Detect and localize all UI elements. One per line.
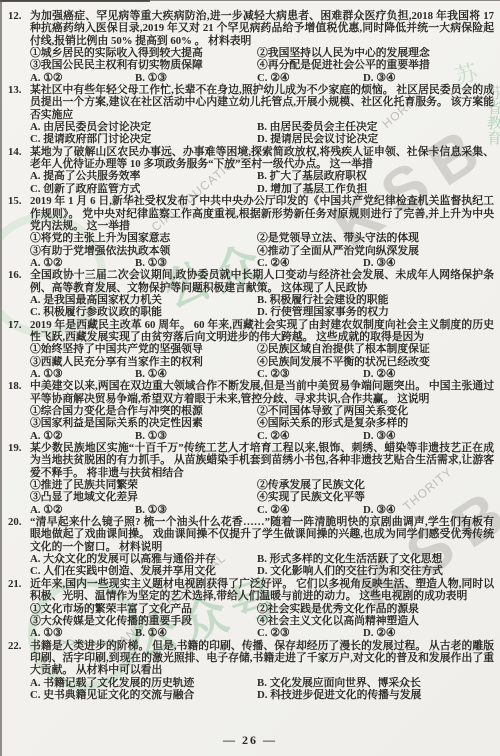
answer-choices: A. 书籍记载了文化发展的历史轨迹B. 文化发展应面向世界、博采众长C. 史书典… — [30, 677, 494, 702]
choice-A: A. ①③ — [30, 368, 135, 380]
choice-D: D. ②④ — [363, 368, 494, 380]
question-number: 21. — [8, 578, 30, 590]
question-18: 18.中美建交以来,两国在双边重大领域合作不断发展,但是当前中美贸易争端问题突出… — [8, 380, 494, 442]
question-body: 近年来,国内一些现实主义题材电视剧获得了广泛好评。 它们以多视角反映生活、塑造人… — [30, 578, 494, 640]
question-body: 全国政协十三届二次会议期间,政协委员就中长期人口变动与经济社会发展、未成年人网络… — [30, 269, 494, 318]
question-body: 某社区中有些年轻父母工作忙,长辈不在身边,照护幼儿成为不少家庭的烦恼。 社区居民… — [30, 84, 494, 146]
question-body: 某地为了破解山区农民办事远、办事难等困境,探索简政放权,将残疾人证申领、社保卡信… — [30, 146, 494, 195]
page-number: — 26 — — [223, 733, 277, 747]
question-stem: 书籍是人类进步的阶梯。 但是,书籍的印刷、传播、保存却经历了漫长的发展过程。 从… — [30, 640, 494, 677]
choice-C: C. 积极履行参政议政的职能 — [30, 306, 257, 318]
choice-C: C. 人们在实践中创造、发展并享用文化 — [30, 565, 257, 577]
choice-B: B. 形式多样的文化生活活跃了文化思想 — [257, 553, 494, 565]
question-body: 2019 年是西藏民主改革 60 周年。 60 年来,西藏社会实现了由封建农奴制… — [30, 319, 494, 381]
choice-C: C. 史书典籍见证文化的交流与融合 — [30, 689, 257, 701]
statement-4: ④社会主义文化以高尚精神塑造人 — [257, 615, 494, 627]
question-body: 某少数民族地区实施“十百千万”传统工艺人才培育工程以来,银饰、刺绣、蜡染等非遗技… — [30, 442, 494, 516]
statement-1: ①综合国力变化是合作与冲突的根源 — [30, 405, 257, 417]
choice-B: B. 由居民委员会主任决定 — [257, 121, 494, 133]
scan-edge-top-dark-segment — [0, 0, 150, 2]
choice-D: D. 提请居民会议讨论决定 — [257, 133, 494, 145]
answer-choices: A. 提高了公共服务效率B. 扩大了基层政府职权C. 创新了政府监管方式D. 增… — [30, 170, 494, 195]
statement-3: ③凸显了地域文化差异 — [30, 491, 257, 503]
numbered-statements: ①城乡居民的实际收入得到较大提高②我国坚持以人民为中心的发展理念③我国公民民主权… — [30, 47, 494, 72]
choice-B: B. 文化发展应面向世界、博采众长 — [257, 677, 494, 689]
answer-choices: A. 是我国最高国家权力机关B. 积极履行社会建设的职能C. 积极履行参政议政的… — [30, 294, 494, 319]
choice-B: B. ①③ — [135, 72, 257, 84]
question-stem: 为加强癌症、罕见病等重大疾病防治,进一步减轻大病患者、困难群众医疗负担,2018… — [30, 10, 494, 47]
numbered-statements: ①将党的主张上升为国家意志②是党领导立法、带头守法的体现③有助于党增强依法执政本… — [30, 232, 494, 257]
question-14: 14.某地为了破解山区农民办事远、办事难等困境,探索简政放权,将残疾人证申领、社… — [8, 146, 494, 195]
choice-C: C. ②④ — [257, 504, 363, 516]
statement-1: ①推进了民族共同繁荣 — [30, 479, 257, 491]
question-stem: 某地为了破解山区农民办事远、办事难等困境,探索简政放权,将残疾人证申领、社保卡信… — [30, 146, 494, 171]
statement-2: ②社会实践是优秀文化作品的源泉 — [257, 603, 494, 615]
statement-4: ④再分配是促进社会公平的重要举措 — [257, 59, 494, 71]
statement-4: ④实现了民族文化平等 — [257, 491, 494, 503]
choice-D: D. ③④ — [363, 430, 494, 442]
statement-2: ②不同国体导致了两国关系变化 — [257, 405, 494, 417]
answer-choices: A. ①③B. ①④C. ②③D. ②④ — [30, 368, 494, 380]
answer-choices: A. ①②B. ①③C. ②④D. ③④ — [30, 504, 494, 516]
statement-2: ②民族区域自治提供了根本制度保证 — [257, 343, 494, 355]
question-stem: 2019 年 1 月 6 日,新华社受权发布了中共中央办公厅印发的《中国共产党纪… — [30, 195, 494, 232]
answer-choices: A. ①②B. ①③C. ②④D. ③④ — [30, 430, 494, 442]
question-stem: 某社区中有些年轻父母工作忙,长辈不在身边,照护幼儿成为不少家庭的烦恼。 社区居民… — [30, 84, 494, 121]
choice-B: B. ①④ — [135, 368, 257, 380]
statement-1: ①城乡居民的实际收入得到较大提高 — [30, 47, 257, 59]
choice-D: D. ③④ — [363, 504, 494, 516]
answer-choices: A. ①②B. ①③C. ②④D. ③④ — [30, 257, 494, 269]
question-number: 20. — [8, 516, 30, 528]
choice-C: C. ②④ — [257, 257, 363, 269]
question-19: 19.某少数民族地区实施“十百千万”传统工艺人才培育工程以来,银饰、刺绣、蜡染等… — [8, 442, 494, 516]
choice-A: A. ①② — [30, 504, 135, 516]
question-15: 15.2019 年 1 月 6 日,新华社受权发布了中共中央办公厅印发的《中国共… — [8, 195, 494, 269]
choice-D: D. ②④ — [363, 627, 494, 639]
choice-A: A. 书籍记载了文化发展的历史轨迹 — [30, 677, 257, 689]
choice-D: D. 增加了基层工作负担 — [257, 183, 494, 195]
choice-B: B. ①④ — [135, 627, 257, 639]
question-stem: 全国政协十三届二次会议期间,政协委员就中长期人口变动与经济社会发展、未成年人网络… — [30, 269, 494, 294]
choice-D: D. 文化影响人们的交往行为和交往方式 — [257, 565, 494, 577]
choice-D: D. 科技进步促进文化的传播与发展 — [257, 689, 494, 701]
choice-B: B. ①③ — [135, 257, 257, 269]
question-body: 中美建交以来,两国在双边重大领域合作不断发展,但是当前中美贸易争端问题突出。 中… — [30, 380, 494, 442]
answer-choices: A. 大众文化的发展可以高雅与通俗并存B. 形式多样的文化生活活跃了文化思想C.… — [30, 553, 494, 578]
question-number: 12. — [8, 10, 30, 22]
choice-D: D. 行使管理国家事务的权力 — [257, 306, 494, 318]
statement-4: ④民族间发展不平衡的状况已经改变 — [257, 356, 494, 368]
question-17: 17.2019 年是西藏民主改革 60 周年。 60 年来,西藏社会实现了由封建… — [8, 319, 494, 381]
answer-choices: A. ①②B. ①③C. ②④D. ③④ — [30, 72, 494, 84]
question-body: 2019 年 1 月 6 日,新华社受权发布了中共中央办公厅印发的《中国共产党纪… — [30, 195, 494, 269]
statement-2: ②传承发展了民族文化 — [257, 479, 494, 491]
choice-D: D. ③④ — [363, 72, 494, 84]
statement-4: ④推动了全面从严治党向纵深发展 — [257, 245, 494, 257]
question-body: “清早起来什么镜子照? 梳一个油头什么花香……”随着一阵清脆明快的京剧曲调声,学… — [30, 516, 494, 578]
question-stem: 某少数民族地区实施“十百千万”传统工艺人才培育工程以来,银饰、刺绣、蜡染等非遗技… — [30, 442, 494, 479]
answer-choices: A. ①③B. ①④C. ②③D. ②④ — [30, 627, 494, 639]
statement-1: ①文化市场的繁荣丰富了文化产品 — [30, 603, 257, 615]
question-22: 22.书籍是人类进步的阶梯。 但是,书籍的印刷、传播、保存却经历了漫长的发展过程… — [8, 640, 494, 702]
choice-C: C. 创新了政府监管方式 — [30, 183, 257, 195]
choice-A: A. ①② — [30, 257, 135, 269]
statement-2: ②是党领导立法、带头守法的体现 — [257, 232, 494, 244]
question-20: 20.“清早起来什么镜子照? 梳一个油头什么花香……”随着一阵清脆明快的京剧曲调… — [8, 516, 494, 578]
question-stem: 近年来,国内一些现实主义题材电视剧获得了广泛好评。 它们以多视角反映生活、塑造人… — [30, 578, 494, 603]
choice-C: C. ②④ — [257, 72, 363, 84]
scanned-exam-page: KSB KSB HORITY CIAL EDUCATIONAL THORITY … — [0, 0, 500, 756]
questions-list: 12.为加强癌症、罕见病等重大疾病防治,进一步减轻大病患者、困难群众医疗负担,2… — [8, 10, 494, 701]
statement-1: ①将党的主张上升为国家意志 — [30, 232, 257, 244]
statement-3: ③有助于党增强依法执政本领 — [30, 245, 257, 257]
question-21: 21.近年来,国内一些现实主义题材电视剧获得了广泛好评。 它们以多视角反映生活、… — [8, 578, 494, 640]
statement-2: ②我国坚持以人民为中心的发展理念 — [257, 47, 494, 59]
question-number: 17. — [8, 319, 30, 331]
question-number: 13. — [8, 84, 30, 96]
choice-A: A. 由居民委员会讨论决定 — [30, 121, 257, 133]
numbered-statements: ①综合国力变化是合作与冲突的根源②不同国体导致了两国关系变化③国家利益是国际关系… — [30, 405, 494, 430]
statement-4: ④国际关系的形式是复杂多样的 — [257, 417, 494, 429]
scan-edge-left — [0, 0, 2, 756]
choice-A: A. 是我国最高国家权力机关 — [30, 294, 257, 306]
question-number: 18. — [8, 380, 30, 392]
page-footer: — 26 — — [0, 733, 500, 748]
choice-B: B. ①③ — [135, 504, 257, 516]
question-body: 书籍是人类进步的阶梯。 但是,书籍的印刷、传播、保存却经历了漫长的发展过程。 从… — [30, 640, 494, 702]
question-number: 22. — [8, 640, 30, 652]
answer-choices: A. 由居民委员会讨论决定B. 由居民委员会主任决定C. 提请政府部门讨论决定D… — [30, 121, 494, 146]
choice-C: C. ②④ — [257, 430, 363, 442]
choice-D: D. ③④ — [363, 257, 494, 269]
question-number: 16. — [8, 269, 30, 281]
question-16: 16.全国政协十三届二次会议期间,政协委员就中长期人口变动与经济社会发展、未成年… — [8, 269, 494, 318]
statement-3: ③我国公民民主权利有切实物质保障 — [30, 59, 257, 71]
question-number: 15. — [8, 195, 30, 207]
choice-A: A. 大众文化的发展可以高雅与通俗并存 — [30, 553, 257, 565]
numbered-statements: ①始终坚持了中国共产党的坚强领导②民族区域自治提供了根本制度保证③西藏人民充分享… — [30, 343, 494, 368]
question-number: 19. — [8, 442, 30, 454]
choice-C: C. ②③ — [257, 627, 363, 639]
choice-A: A. ①③ — [30, 627, 135, 639]
statement-3: ③大众传媒是文化传播的重要手段 — [30, 615, 257, 627]
question-number: 14. — [8, 146, 30, 158]
question-13: 13.某社区中有些年轻父母工作忙,长辈不在身边,照护幼儿成为不少家庭的烦恼。 社… — [8, 84, 494, 146]
choice-A: A. 提高了公共服务效率 — [30, 170, 257, 182]
numbered-statements: ①文化市场的繁荣丰富了文化产品②社会实践是优秀文化作品的源泉③大众传媒是文化传播… — [30, 603, 494, 628]
question-body: 为加强癌症、罕见病等重大疾病防治,进一步减轻大病患者、困难群众医疗负担,2018… — [30, 10, 494, 84]
choice-B: B. 积极履行社会建设的职能 — [257, 294, 494, 306]
choice-A: A. ①② — [30, 72, 135, 84]
numbered-statements: ①推进了民族共同繁荣②传承发展了民族文化③凸显了地域文化差异④实现了民族文化平等 — [30, 479, 494, 504]
statement-3: ③西藏人民充分享有当家作主的权利 — [30, 356, 257, 368]
statement-3: ③国家利益是国际关系的决定性因素 — [30, 417, 257, 429]
question-12: 12.为加强癌症、罕见病等重大疾病防治,进一步减轻大病患者、困难群众医疗负担,2… — [8, 10, 494, 84]
choice-B: B. ①③ — [135, 430, 257, 442]
choice-C: C. 提请政府部门讨论决定 — [30, 133, 257, 145]
question-stem: 中美建交以来,两国在双边重大领域合作不断发展,但是当前中美贸易争端问题突出。 中… — [30, 380, 494, 405]
choice-C: C. ②③ — [257, 368, 363, 380]
choice-B: B. 扩大了基层政府职权 — [257, 170, 494, 182]
choice-A: A. ①② — [30, 430, 135, 442]
statement-1: ①始终坚持了中国共产党的坚强领导 — [30, 343, 257, 355]
question-stem: “清早起来什么镜子照? 梳一个油头什么花香……”随着一阵清脆明快的京剧曲调声,学… — [30, 516, 494, 553]
question-stem: 2019 年是西藏民主改革 60 周年。 60 年来,西藏社会实现了由封建农奴制… — [30, 319, 494, 344]
